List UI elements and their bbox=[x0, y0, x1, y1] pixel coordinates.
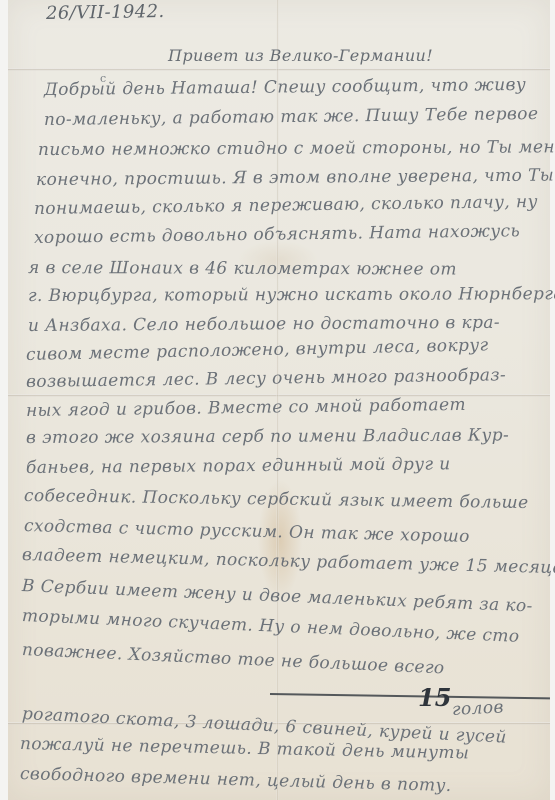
letter-date: 26/VII-1942. bbox=[46, 1, 165, 24]
letter-line-13: в этого же хозяина серб по имени Владисл… bbox=[26, 425, 509, 448]
letter-line-14: баньев, на первых порах единный мой друг… bbox=[26, 454, 451, 478]
letter-line-7: я в селе Шонаих в 46 километрах южнее от bbox=[28, 258, 457, 279]
letter-line-20-tail: голов bbox=[451, 697, 504, 720]
letter-line-8: г. Вюрцбурга, который нужно искать около… bbox=[28, 284, 555, 306]
emphasized-number-15: 15 bbox=[418, 683, 451, 712]
letter-heading: Привет из Велико-Германии! bbox=[168, 46, 433, 65]
scanned-letter-page: 26/VII-1942. Привет из Велико-Германии! … bbox=[0, 0, 555, 800]
letter-line-9: и Анзбаха. Село небольшое но достаточно … bbox=[28, 313, 500, 336]
horizontal-fold-top bbox=[8, 68, 550, 71]
letter-line-3: письмо немножко стидно с моей стороны, н… bbox=[38, 137, 555, 160]
ink-stroke-line bbox=[270, 693, 550, 699]
